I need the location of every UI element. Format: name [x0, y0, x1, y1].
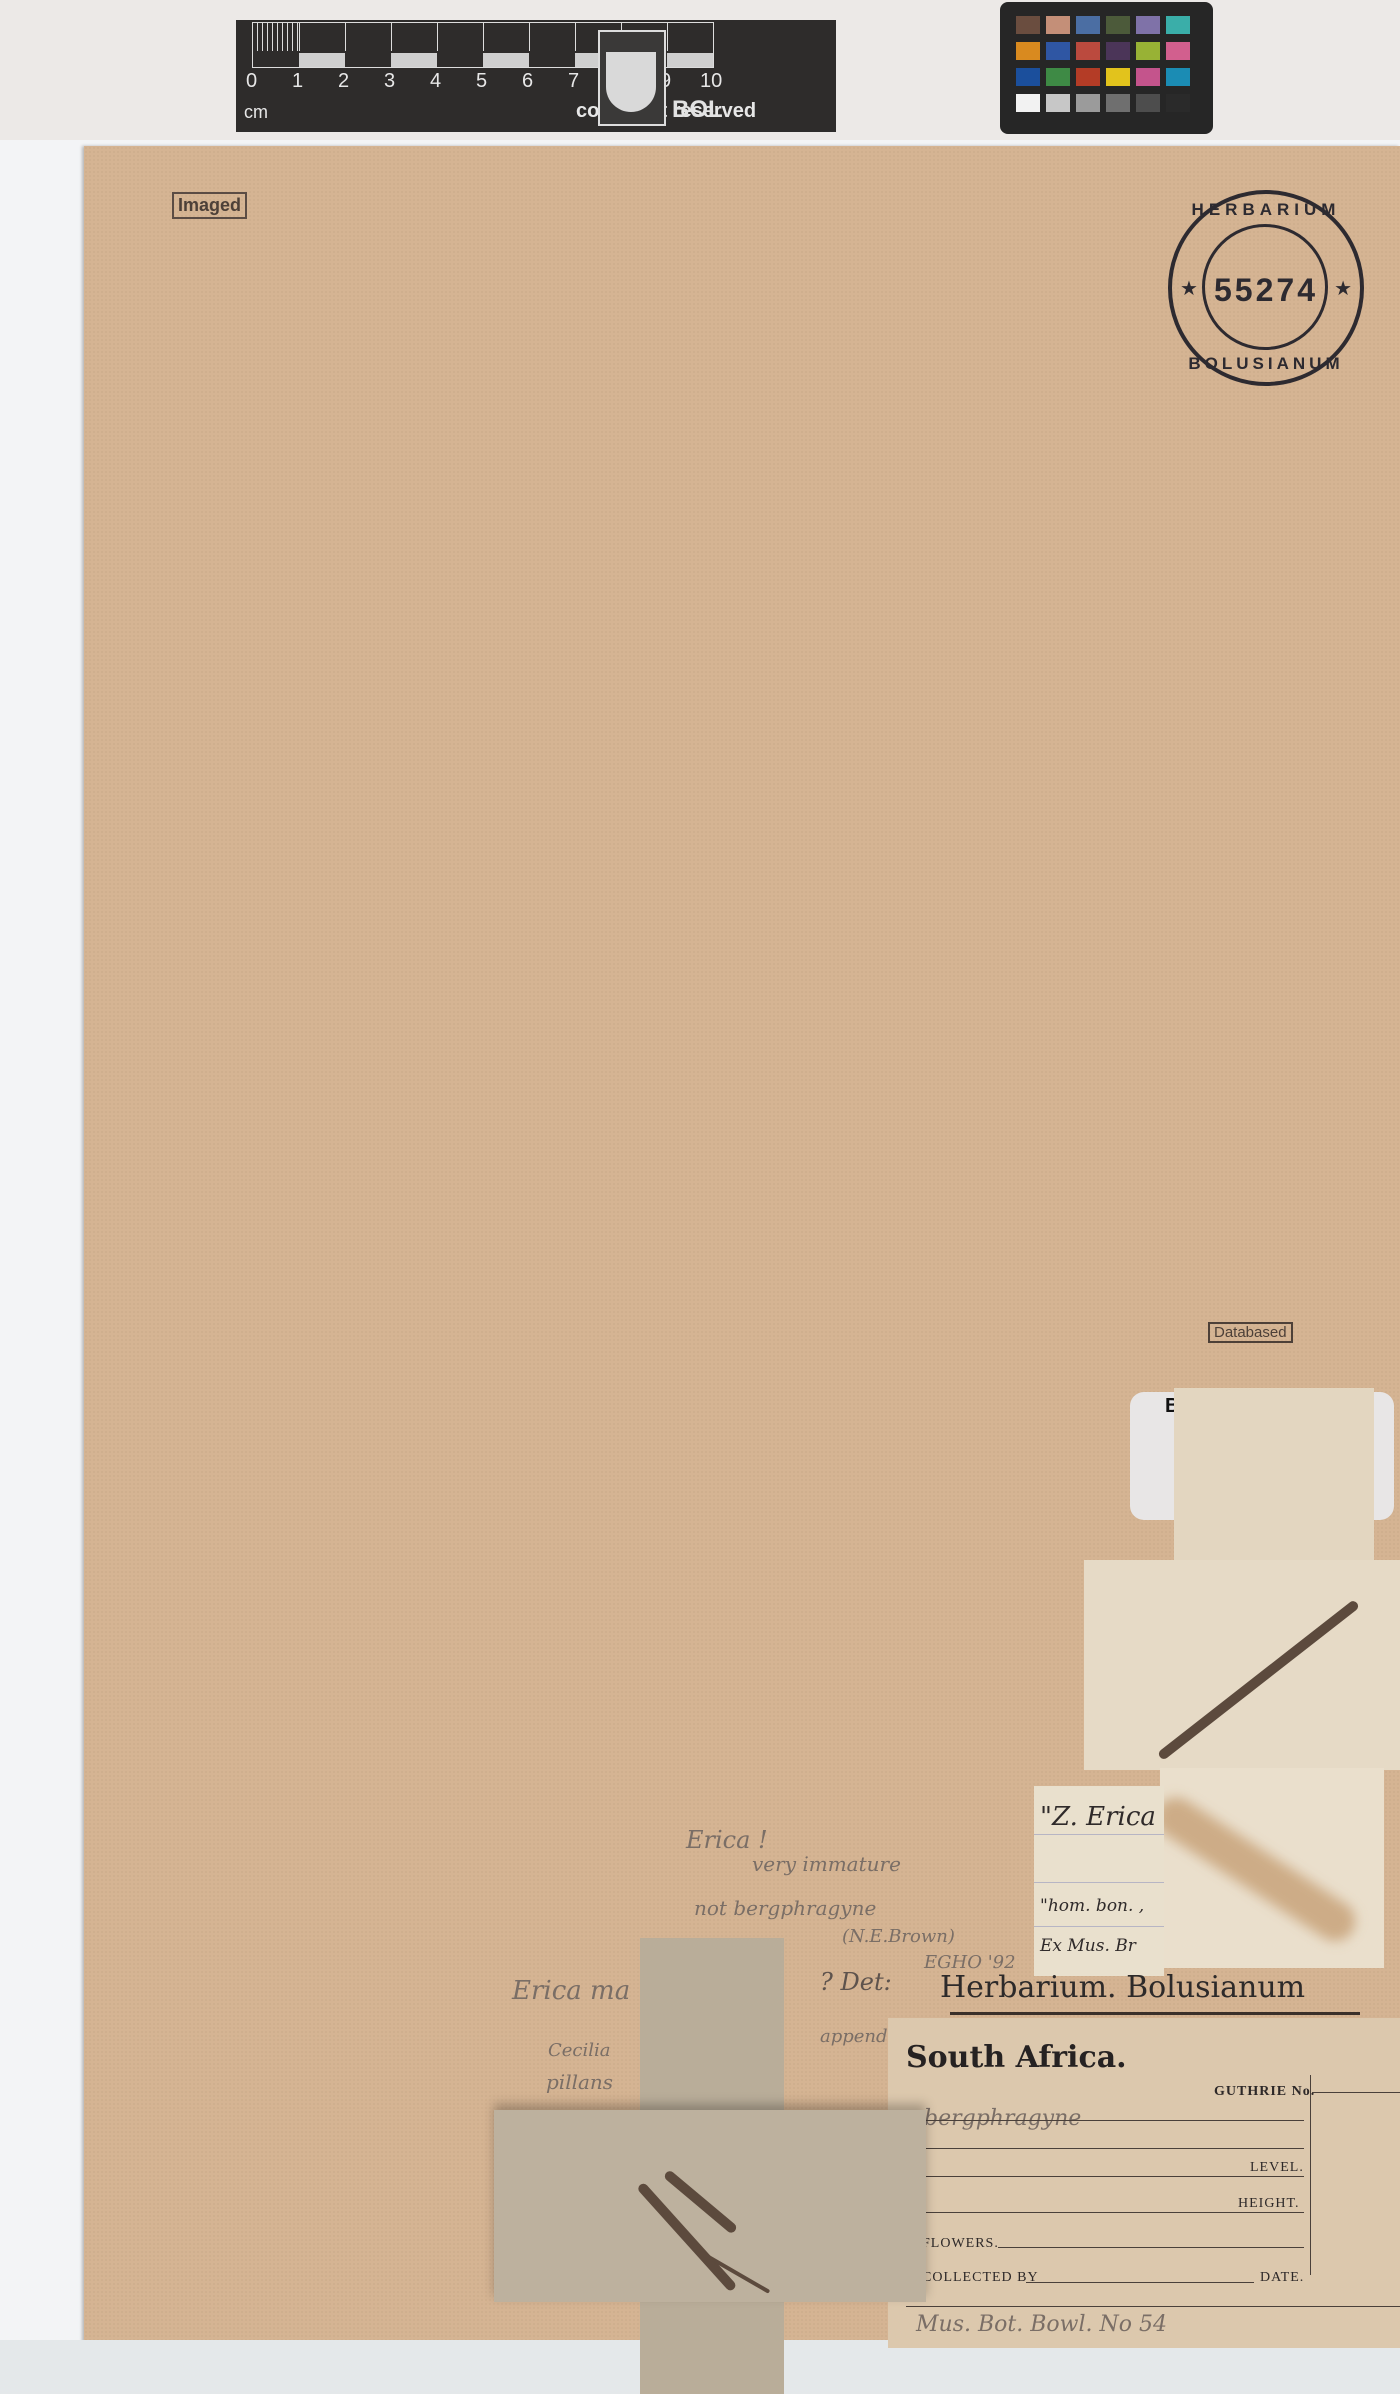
field-rule — [998, 2247, 1304, 2248]
ruler-tick-label: 4 — [430, 70, 441, 93]
ruler-light-block — [391, 53, 437, 67]
field-rule — [924, 2176, 1304, 2177]
color-swatch — [1136, 68, 1160, 86]
guthrie-number-label: GUTHRIE No. — [1214, 2084, 1315, 2100]
stamp-bottom-text: BOLUSIANUM — [1172, 354, 1360, 374]
university-crest-icon — [598, 30, 666, 126]
color-swatch — [1046, 68, 1070, 86]
old-label-line1: "Z. Erica — [1040, 1802, 1156, 1832]
ruler-light-block — [483, 53, 529, 67]
stamp-top-text: HERBARIUM — [1172, 200, 1360, 220]
color-swatch — [1076, 16, 1100, 34]
databased-stamp: Databased — [1208, 1322, 1293, 1343]
color-swatch — [1016, 94, 1040, 112]
color-swatch — [1046, 94, 1070, 112]
ruler-segment — [299, 23, 346, 51]
color-swatch — [1106, 68, 1130, 86]
ruler-segment — [667, 23, 714, 51]
color-swatch — [1106, 16, 1130, 34]
date-label: DATE. — [1260, 2270, 1304, 2286]
species-handwritten: bergphragyne — [924, 2106, 1081, 2131]
ruler-segment — [483, 23, 530, 51]
color-swatch — [1136, 94, 1160, 112]
shield-icon — [606, 52, 656, 112]
field-rule — [906, 2306, 1400, 2307]
color-swatch — [1076, 94, 1100, 112]
color-swatch — [1106, 94, 1130, 112]
field-rule — [1026, 2282, 1254, 2283]
color-swatch — [1076, 68, 1100, 86]
ruler-tick-label: 10 — [700, 70, 722, 93]
annotation-pillans: pillans — [546, 2070, 613, 2094]
color-swatch — [1166, 42, 1190, 60]
color-swatch — [1076, 42, 1100, 60]
annotation-erica-name: Erica ma — [512, 1976, 630, 2006]
field-rule — [924, 2148, 1304, 2149]
label-line — [1034, 1926, 1164, 1927]
institution-code: BOL — [672, 96, 723, 124]
color-swatch — [1016, 42, 1040, 60]
field-rule — [924, 2212, 1304, 2213]
annotation-not-species: not bergphragyne — [694, 1896, 876, 1920]
color-swatch — [1136, 16, 1160, 34]
annotation-authority: (N.E.Brown) — [842, 1926, 955, 1947]
ruler-segment — [345, 23, 392, 51]
footer-handwritten: Mus. Bot. Bowl. No 54 — [916, 2312, 1167, 2337]
header-underline — [950, 2012, 1360, 2015]
color-swatch — [1166, 68, 1190, 86]
annotation-cecilia: Cecilia — [548, 2040, 611, 2061]
color-swatch — [1136, 42, 1160, 60]
flowers-label: FLOWERS. — [922, 2236, 999, 2252]
accession-number: 55274 — [1172, 272, 1360, 309]
color-swatch — [1046, 16, 1070, 34]
old-label-line3: Ex Mus. Br — [1040, 1936, 1136, 1956]
ruler-tick-label: 6 — [522, 70, 533, 93]
old-label-line2: "hom. bon. , — [1040, 1896, 1144, 1916]
label-region: South Africa. — [906, 2040, 1127, 2075]
ruler-tick-label: 3 — [384, 70, 395, 93]
color-swatch — [1166, 94, 1190, 112]
color-swatch — [1106, 42, 1130, 60]
height-label: HEIGHT. — [1238, 2196, 1300, 2212]
label-divider — [1310, 2075, 1311, 2275]
herbarium-accession-stamp: HERBARIUM ★ ★ 55274 BOLUSIANUM — [1168, 190, 1364, 386]
color-swatch — [1016, 16, 1040, 34]
det-label: ? Det: — [820, 1968, 892, 1996]
color-swatch — [1046, 42, 1070, 60]
ruler-tick-label: 1 — [292, 70, 303, 93]
color-swatch — [1016, 68, 1040, 86]
scale-ruler: 0 1 2 3 4 5 6 7 8 9 10 cm copyright rese… — [236, 20, 836, 132]
ruler-tick-label: 7 — [568, 70, 579, 93]
ruler-light-block — [667, 53, 713, 67]
annotation-append: append. — [820, 2026, 893, 2047]
color-swatch — [1166, 16, 1190, 34]
collected-by-label: COLLECTED BY — [922, 2270, 1039, 2286]
ruler-segment — [437, 23, 484, 51]
ruler-tick-label: 2 — [338, 70, 349, 93]
label-line — [1034, 1882, 1164, 1883]
ruler-tick-label: 5 — [476, 70, 487, 93]
imaged-stamp: Imaged — [172, 192, 247, 219]
field-rule — [924, 2120, 1304, 2121]
ruler-segment — [529, 23, 576, 51]
ruler-light-block — [299, 53, 345, 67]
specimen-packet[interactable] — [1084, 1560, 1400, 1770]
annotation-erica: Erica ! — [686, 1826, 768, 1854]
label-line — [1034, 1834, 1164, 1835]
ruler-tick-label: 0 — [246, 70, 257, 93]
ruler-mm-segment — [253, 23, 300, 51]
field-rule — [1312, 2092, 1400, 2093]
old-specimen-label: "Z. Erica "hom. bon. , Ex Mus. Br — [1034, 1786, 1164, 1976]
ruler-unit-label: cm — [244, 102, 268, 123]
annotation-immature: very immature — [752, 1852, 901, 1876]
specimen-packet-flap[interactable] — [1174, 1388, 1374, 1568]
ruler-segment — [391, 23, 438, 51]
color-calibration-card — [1000, 2, 1213, 134]
level-label: LEVEL. — [1250, 2160, 1304, 2176]
label-header: Herbarium. Bolusianum — [940, 1970, 1305, 2005]
